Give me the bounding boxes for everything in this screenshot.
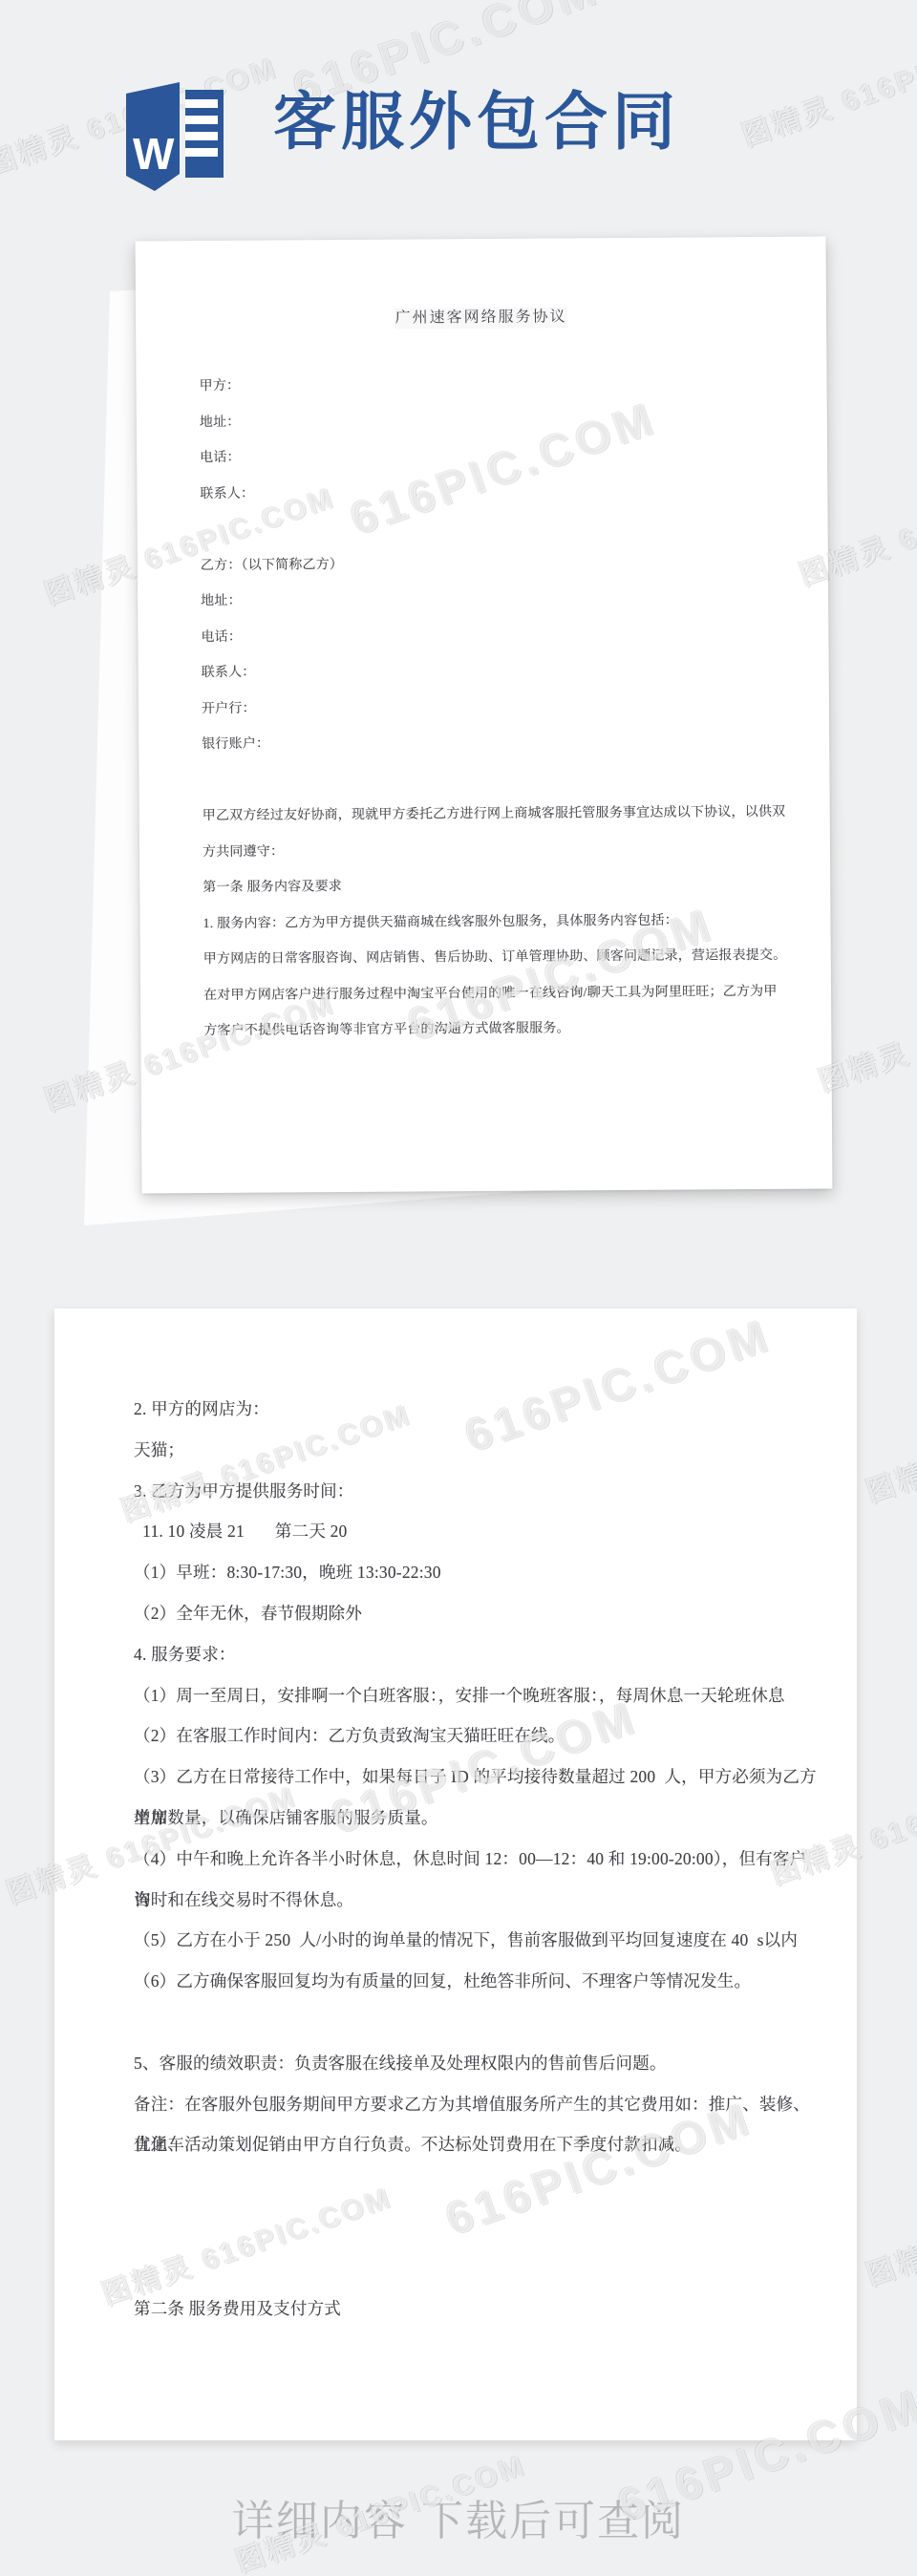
- doc-line: 联系人：: [200, 472, 791, 512]
- doc-line: （2）在客服工作时间内：乙方负责致淘宝天猫旺旺在线。: [134, 1715, 819, 1756]
- doc-line: 开户行：: [202, 687, 793, 727]
- doc-line: 天猫；: [134, 1430, 819, 1471]
- doc-line: [201, 508, 792, 548]
- doc-line: 2. 甲方的网店为：: [134, 1389, 819, 1430]
- doc-line: 甲乙双方经过友好协商，现就甲方委托乙方进行网上商城客服托管服务事宜达成以下协议，…: [203, 795, 794, 835]
- doc-line: （6）乙方确保客服回复均为有质量的回复，杜绝答非所问、不理客户等情况发生。: [134, 1961, 819, 2002]
- doc-line: [202, 758, 793, 798]
- doc-line: 甲方：: [199, 365, 790, 405]
- contract-title: 广州速客网络服务协议: [395, 307, 567, 329]
- doc-line: 优化、活动策划促销由甲方自行负责。不达标处罚费用在下季度付款扣减。: [134, 2124, 819, 2165]
- doc-line: 地址：: [200, 400, 791, 440]
- doc-line: [134, 2206, 819, 2247]
- word-icon: W: [124, 80, 225, 193]
- contract-page-2: 2. 甲方的网店为：天猫；3. 乙方为甲方提供服务时间： 11. 10 凌晨 2…: [54, 1309, 857, 2440]
- doc-line: 甲方网店的日常客服咨询、网店销售、售后协助、订单管理协助、顾客问题记录，营运报表…: [203, 938, 795, 978]
- doc-line: 5、客服的绩效职责：负责客服在线接单及处理权限内的售前售后问题。: [134, 2043, 819, 2084]
- svg-text:W: W: [133, 129, 175, 179]
- doc-line: 4. 服务要求：: [134, 1634, 819, 1675]
- document-preview-canvas: W 客服外包合同 广州速客网络服务协议 甲方：地址：电话：联系人：乙方：（以下简…: [0, 0, 917, 2576]
- doc-line: 地址：: [201, 580, 792, 620]
- contract-page-1-body: 甲方：地址：电话：联系人：乙方：（以下简称乙方）地址：电话：联系人：开户行：银行…: [199, 365, 795, 1050]
- doc-line: 11. 10 凌晨 21 第二天 20: [134, 1511, 819, 1552]
- page-title: 客服外包合同: [273, 86, 680, 160]
- doc-line: 询时和在线交易时不得休息。: [134, 1880, 819, 1921]
- contract-page-1: 广州速客网络服务协议 甲方：地址：电话：联系人：乙方：（以下简称乙方）地址：电话…: [136, 236, 833, 1193]
- doc-line: 银行账户：: [202, 723, 793, 763]
- doc-line: 在对甲方网店客户进行服务过程中淘宝平台使用的唯一在线咨询/聊天工具为阿里旺旺；乙…: [203, 973, 795, 1013]
- doc-line: 方共同遵守：: [203, 830, 794, 870]
- download-hint-text: 详细内容 下载后可查阅: [0, 2495, 917, 2548]
- doc-line: （1）周一至周日，安排啊一个白班客服：，安排一个晚班客服：，每周休息一天轮班休息: [134, 1675, 819, 1716]
- watermark-tile: 图精灵 616PIC.COM: [736, 15, 917, 154]
- doc-line: 联系人：: [202, 651, 793, 692]
- doc-line: 第二条 服务费用及支付方式: [134, 2289, 819, 2330]
- doc-line: 第一条 服务内容及要求: [203, 866, 794, 906]
- doc-line: （4）中午和晚上允许各半小时休息，休息时间 12：00—12：40 和 19:0…: [134, 1839, 819, 1880]
- doc-line: [134, 2247, 819, 2289]
- doc-line: [134, 2165, 819, 2206]
- doc-line: （3）乙方在日常接待工作中，如果每日子 ID 的平均接待数量超过 200 人，甲…: [134, 1756, 819, 1798]
- doc-line: 乙方：（以下简称乙方）: [201, 543, 792, 584]
- doc-line: 1. 服务内容：乙方为甲方提供天猫商城在线客服外包服务，具体服务内容包括：: [203, 902, 794, 942]
- doc-line: 电话：: [200, 436, 791, 477]
- doc-line: （2）全年无休，春节假期除外: [134, 1593, 819, 1634]
- doc-line: 备注：在客服外包服务期间甲方要求乙方为其增值服务所产生的其它费用如：推广、装修、…: [134, 2084, 819, 2125]
- contract-page-2-body: 2. 甲方的网店为：天猫；3. 乙方为甲方提供服务时间： 11. 10 凌晨 2…: [134, 1389, 819, 2329]
- doc-line: （1）早班：8:30-17:30，晚班 13:30-22:30: [134, 1552, 819, 1593]
- doc-line: 电话：: [201, 615, 792, 655]
- doc-line: （5）乙方在小于 250 人/小时的询单量的情况下，售前客服做到平均回复速度在 …: [134, 1920, 819, 1961]
- doc-line: [134, 2002, 819, 2043]
- doc-line: 3. 乙方为甲方提供服务时间：: [134, 1471, 819, 1512]
- watermark-tile: 图精灵 616PIC.COM: [860, 1372, 917, 1510]
- doc-line: 方客户不提供电话咨询等非官方平台的沟通方式做客服服务。: [203, 1010, 795, 1050]
- doc-line: 坐席数量，以确保店铺客服的服务质量。: [134, 1798, 819, 1839]
- watermark-tile: 图精灵 616PIC.COM: [860, 2155, 917, 2293]
